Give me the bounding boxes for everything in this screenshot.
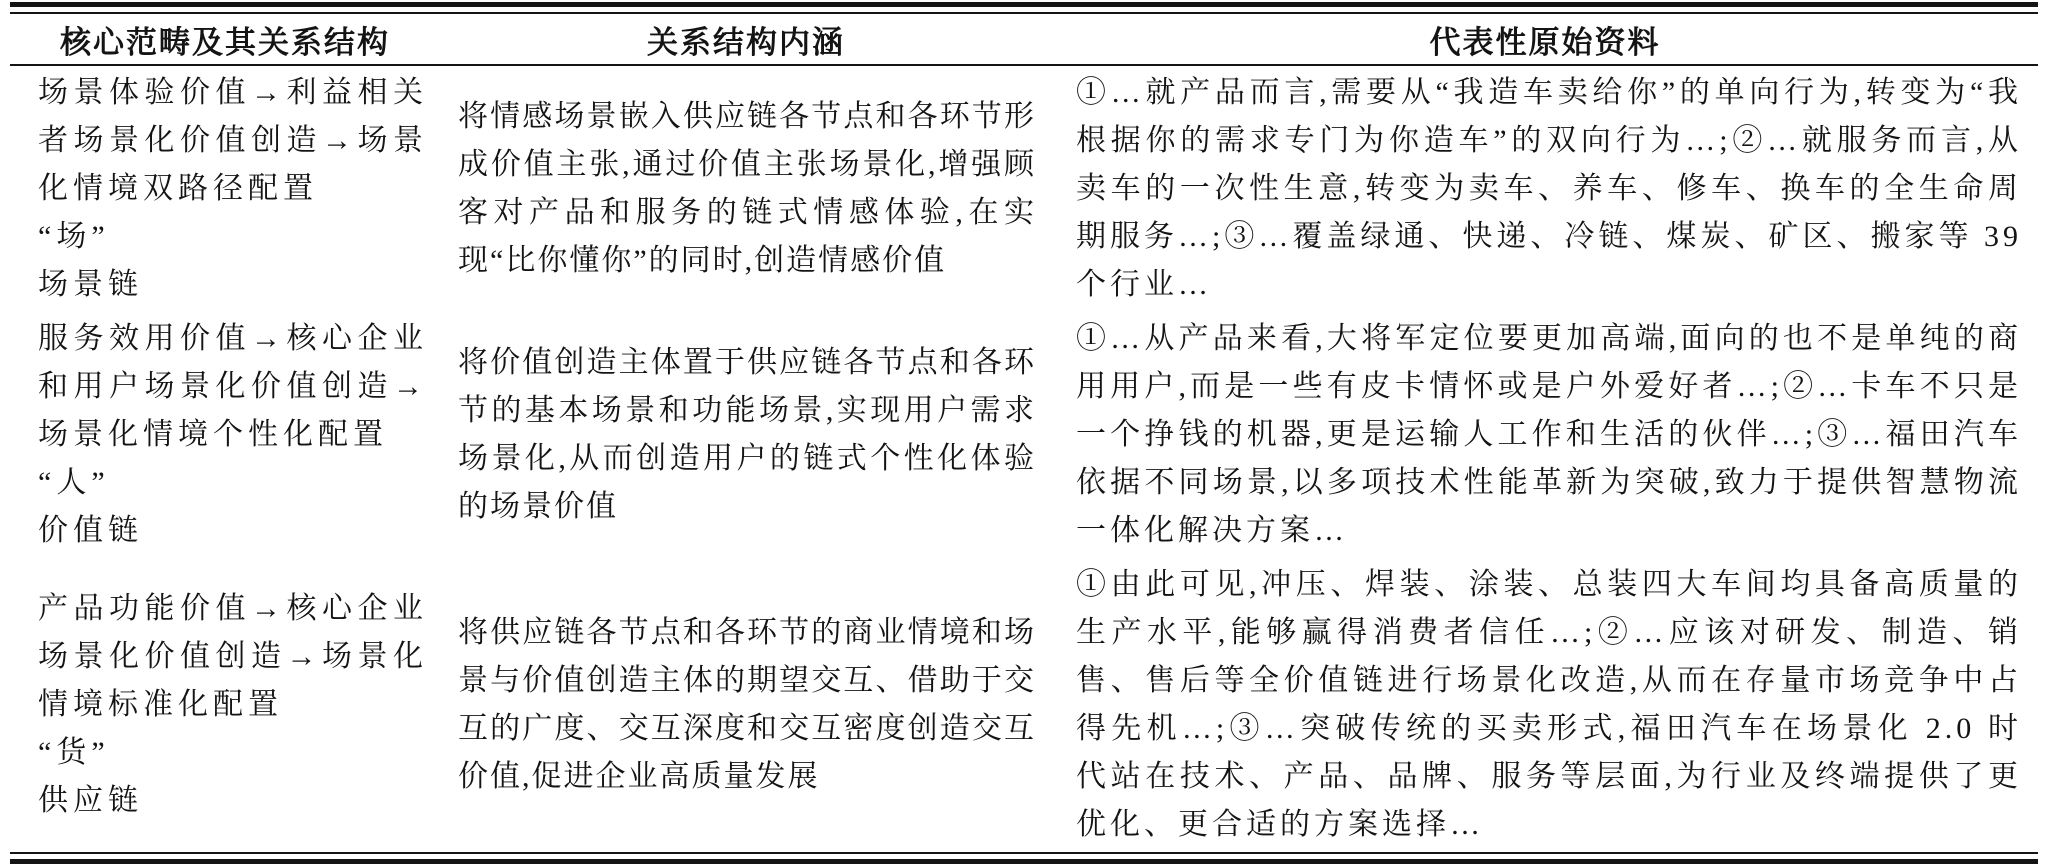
category-structure-text: 产品功能价值→核心企业场景化价值创造→场景化情境标准化配置 — [38, 585, 428, 729]
table-top-double-rule — [10, 2, 2038, 14]
cell-raw-material: ①…就产品而言,需要从“我造车卖给你”的单向行为,转变为“我根据你的需求专门为你… — [1052, 69, 2038, 309]
category-chain-text: 价值链 — [38, 507, 428, 555]
category-element-text: “货” — [38, 729, 428, 777]
column-header-connotation: 关系结构内涵 — [440, 17, 1052, 62]
table-header-row: 核心范畴及其关系结构 关系结构内涵 代表性原始资料 — [10, 14, 2038, 66]
category-structure-text: 服务效用价值→核心企业和用户场景化价值创造→场景化情境个性化配置 — [38, 315, 428, 459]
column-header-core-category: 核心范畴及其关系结构 — [10, 17, 440, 62]
cell-connotation: 将情感场景嵌入供应链各节点和各环节形成价值主张,通过价值主张场景化,增强顾客对产… — [440, 93, 1052, 285]
category-element-text: “场” — [38, 213, 428, 261]
cell-raw-material: ①由此可见,冲压、焊装、涂装、总装四大车间均具备高质量的生产水平,能够赢得消费者… — [1052, 561, 2038, 849]
cell-core-category: 产品功能价值→核心企业场景化价值创造→场景化情境标准化配置 “货” 供应链 — [10, 585, 440, 825]
cell-core-category: 场景体验价值→利益相关者场景化价值创造→场景化情境双路径配置 “场” 场景链 — [10, 69, 440, 309]
column-header-raw-material: 代表性原始资料 — [1052, 17, 2038, 62]
category-chain-text: 场景链 — [38, 261, 428, 309]
table-body: 场景体验价值→利益相关者场景化价值创造→场景化情境双路径配置 “场” 场景链 将… — [10, 66, 2038, 852]
cell-connotation: 将价值创造主体置于供应链各节点和各环节的基本场景和功能场景,实现用户需求场景化,… — [440, 339, 1052, 531]
table-row-scene-chain: 场景体验价值→利益相关者场景化价值创造→场景化情境双路径配置 “场” 场景链 将… — [10, 66, 2038, 312]
category-structure-text: 场景体验价值→利益相关者场景化价值创造→场景化情境双路径配置 — [38, 69, 428, 213]
table-row-supply-chain: 产品功能价值→核心企业场景化价值创造→场景化情境标准化配置 “货” 供应链 将供… — [10, 558, 2038, 852]
table-bottom-double-rule — [10, 852, 2038, 864]
paper-table-figure: 核心范畴及其关系结构 关系结构内涵 代表性原始资料 场景体验价值→利益相关者场景… — [0, 0, 2048, 864]
cell-connotation: 将供应链各节点和各环节的商业情境和场景与价值创造主体的期望交互、借助于交互的广度… — [440, 609, 1052, 801]
category-element-text: “人” — [38, 459, 428, 507]
table-row-value-chain: 服务效用价值→核心企业和用户场景化价值创造→场景化情境个性化配置 “人” 价值链… — [10, 312, 2038, 558]
cell-core-category: 服务效用价值→核心企业和用户场景化价值创造→场景化情境个性化配置 “人” 价值链 — [10, 315, 440, 555]
cell-raw-material: ①…从产品来看,大将军定位要更加高端,面向的也不是单纯的商用用户,而是一些有皮卡… — [1052, 315, 2038, 555]
category-chain-text: 供应链 — [38, 777, 428, 825]
